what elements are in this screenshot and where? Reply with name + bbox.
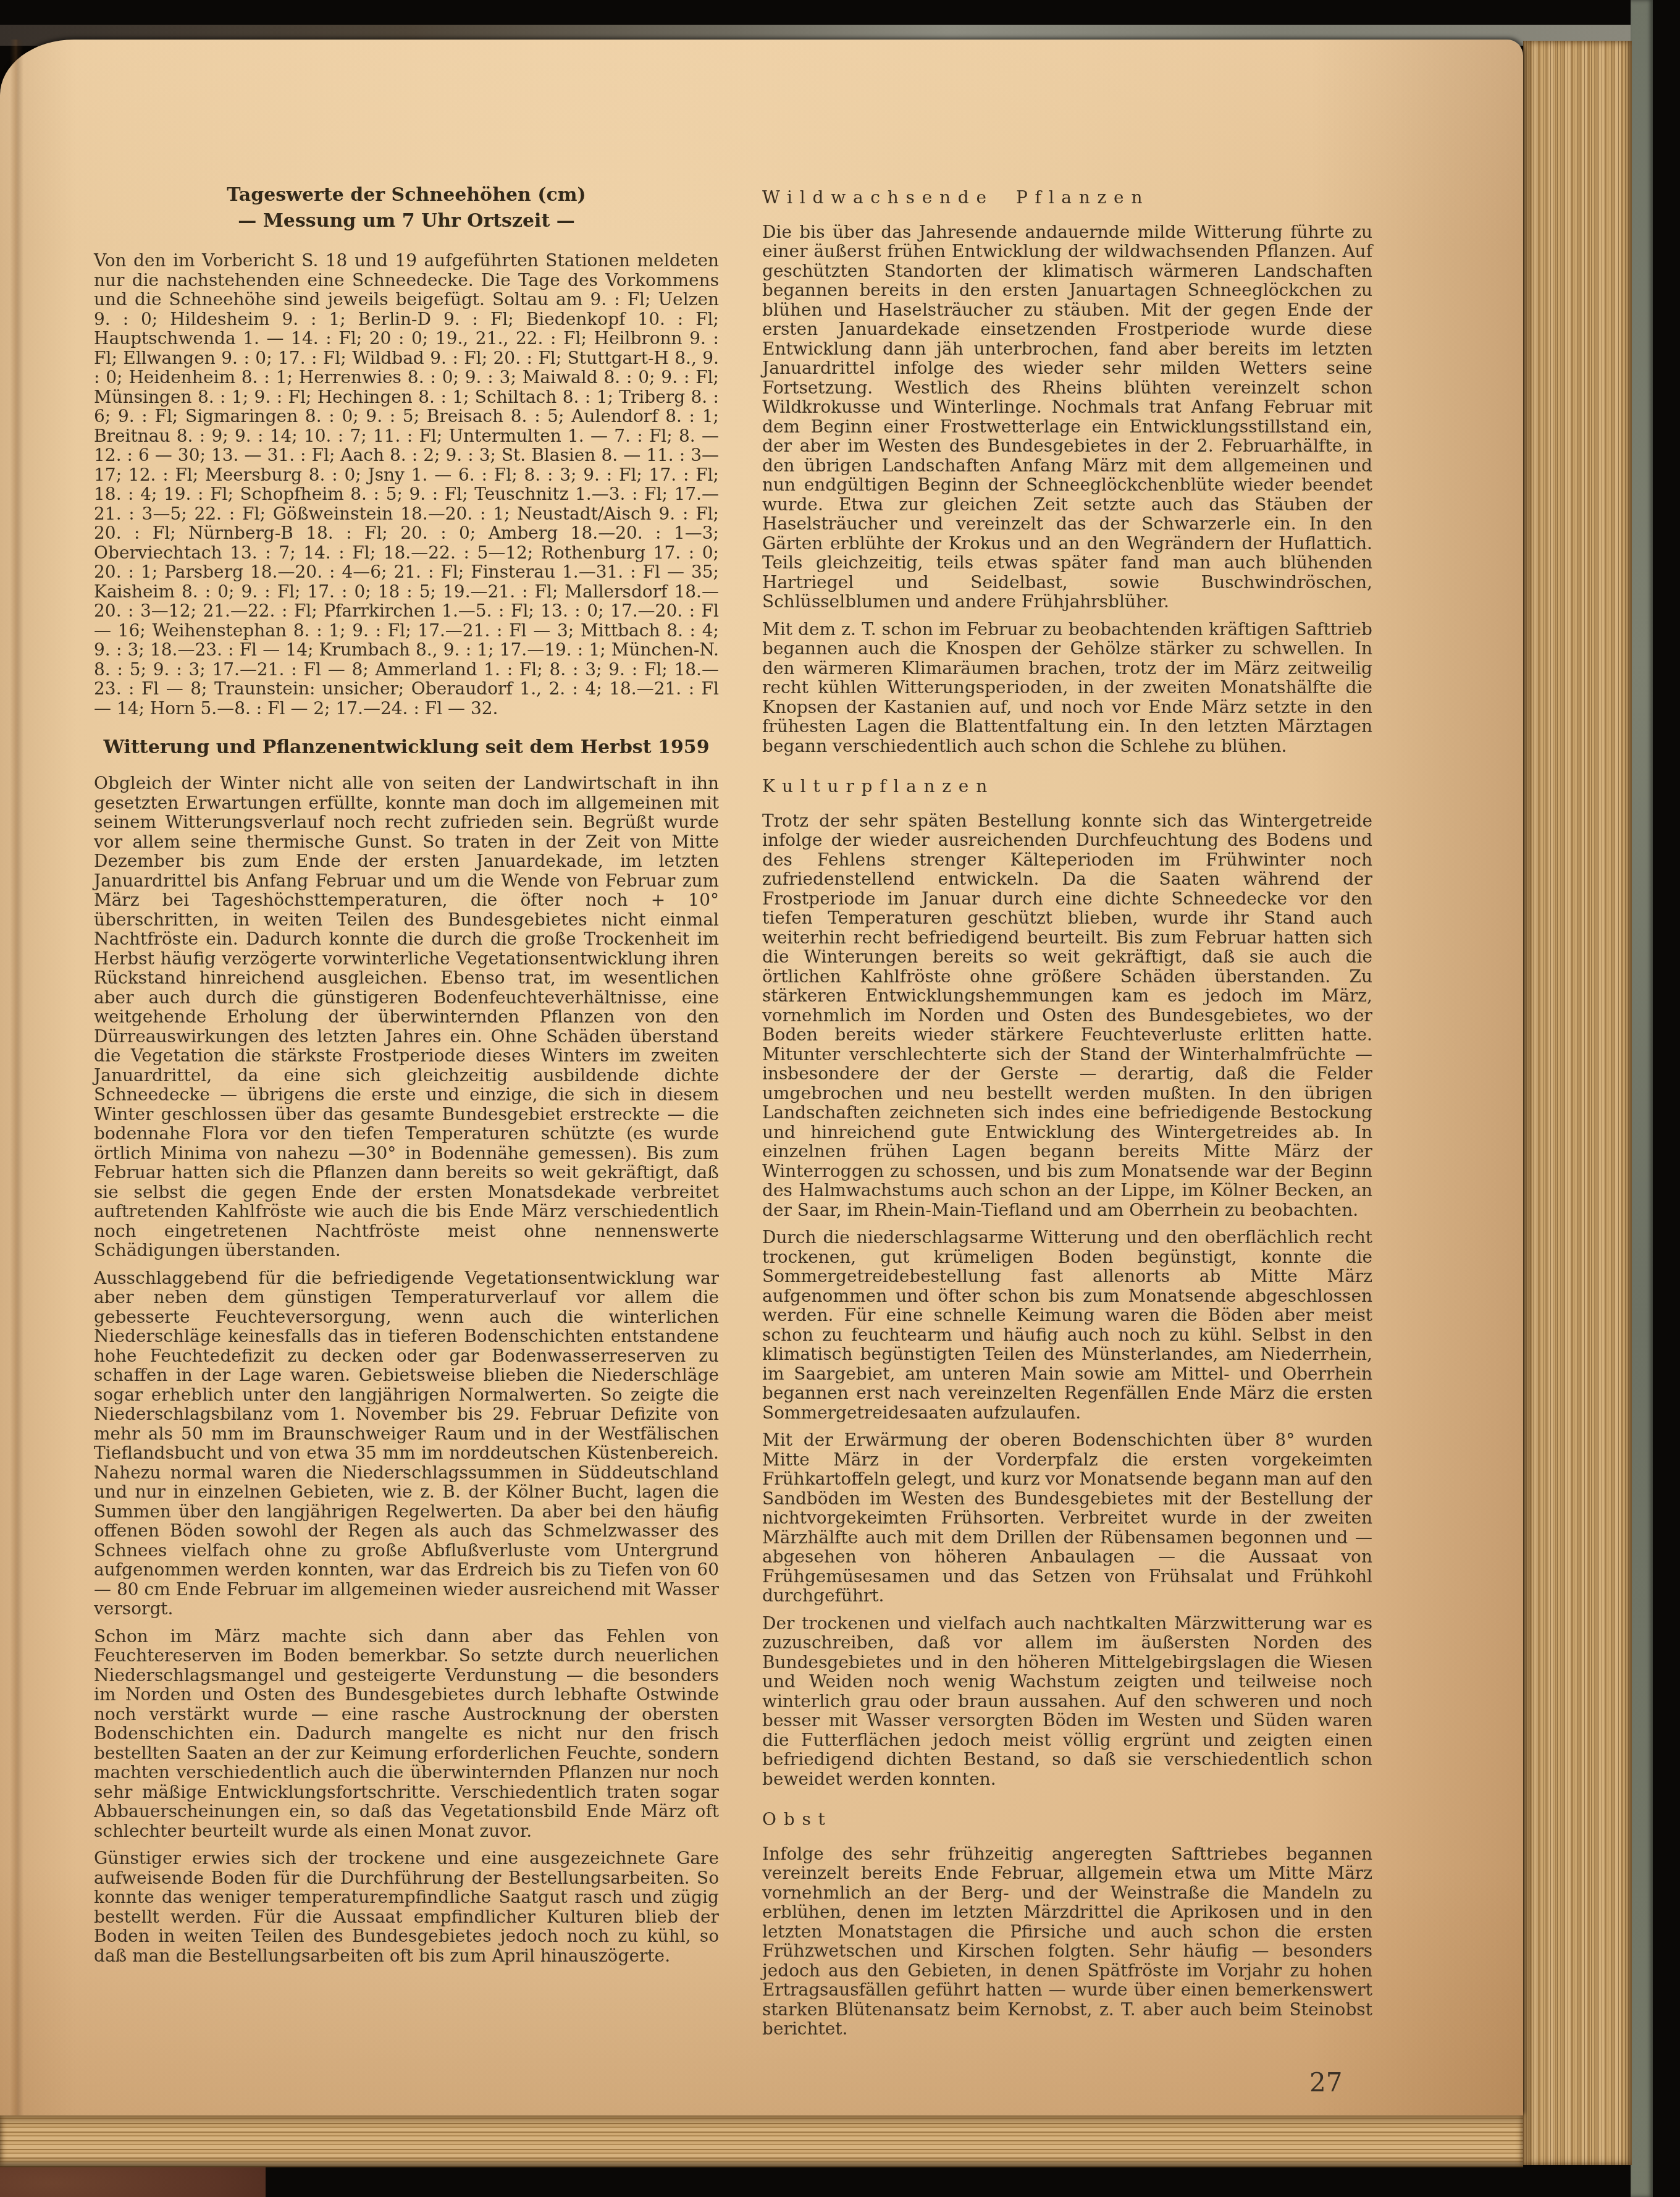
paragraph-precipitation-balance: Ausschlaggebend für die befriedigende Ve… (94, 1268, 719, 1619)
page-number: 27 (1309, 2067, 1384, 2098)
paragraph-wild-plants-buds: Mit dem z. T. schon im Februar zu beobac… (762, 620, 1372, 756)
section-heading-wild-plants: Wildwachsende Pflanzen (762, 188, 1372, 208)
paragraph-winter-grain: Trotz der sehr späten Bestellung konnte … (762, 811, 1372, 1220)
section-heading-crops: Kulturpflanzen (762, 777, 1372, 796)
scanned-page: Tageswerte der Schneehöhen (cm) — Messun… (0, 40, 1523, 2115)
weather-plant-development-heading: Witterung und Pflanzenentwicklung seit d… (94, 736, 719, 759)
paragraph-winter-overview: Obgleich der Winter nicht alle von seite… (94, 774, 719, 1260)
paragraph-wild-plants-development: Die bis über das Jahresende andauernde m… (762, 222, 1372, 612)
book-scan: Tageswerte der Schneehöhen (cm) — Messun… (0, 0, 1680, 2197)
section-heading-fruit: Obst (762, 1810, 1372, 1829)
paragraph-meadows-pastures: Der trockenen und vielfach auch nachtkal… (762, 1614, 1372, 1789)
paragraph-soil-tillage: Günstiger erwies sich der trockene und e… (94, 1849, 719, 1965)
left-column: Tageswerte der Schneehöhen (cm) — Messun… (94, 184, 719, 1973)
snow-depth-heading: Tageswerte der Schneehöhen (cm) (94, 184, 719, 206)
paragraph-march-dryness: Schon im März machte sich dann aber das … (94, 1627, 719, 1841)
paragraph-fruit-bloom: Infolge des sehr frühzeitig angeregten S… (762, 1844, 1372, 2039)
paragraph-summer-grain: Durch die niederschlagsarme Witterung un… (762, 1228, 1372, 1422)
page-stack-bottom-edge (0, 2115, 1523, 2167)
page-stack-right-edge (1523, 41, 1632, 2165)
measurement-time-subheading: — Messung um 7 Uhr Ortszeit — (94, 210, 719, 232)
station-snow-report-paragraph: Von den im Vorbericht S. 18 und 19 aufge… (94, 251, 719, 718)
right-column: Wildwachsende Pflanzen Die bis über das … (762, 188, 1372, 2047)
book-cover-right-edge (1631, 0, 1653, 2197)
paragraph-potatoes-vegetables: Mit der Erwärmung der oberen Bodenschich… (762, 1430, 1372, 1606)
page-gutter-crease (10, 40, 23, 2115)
